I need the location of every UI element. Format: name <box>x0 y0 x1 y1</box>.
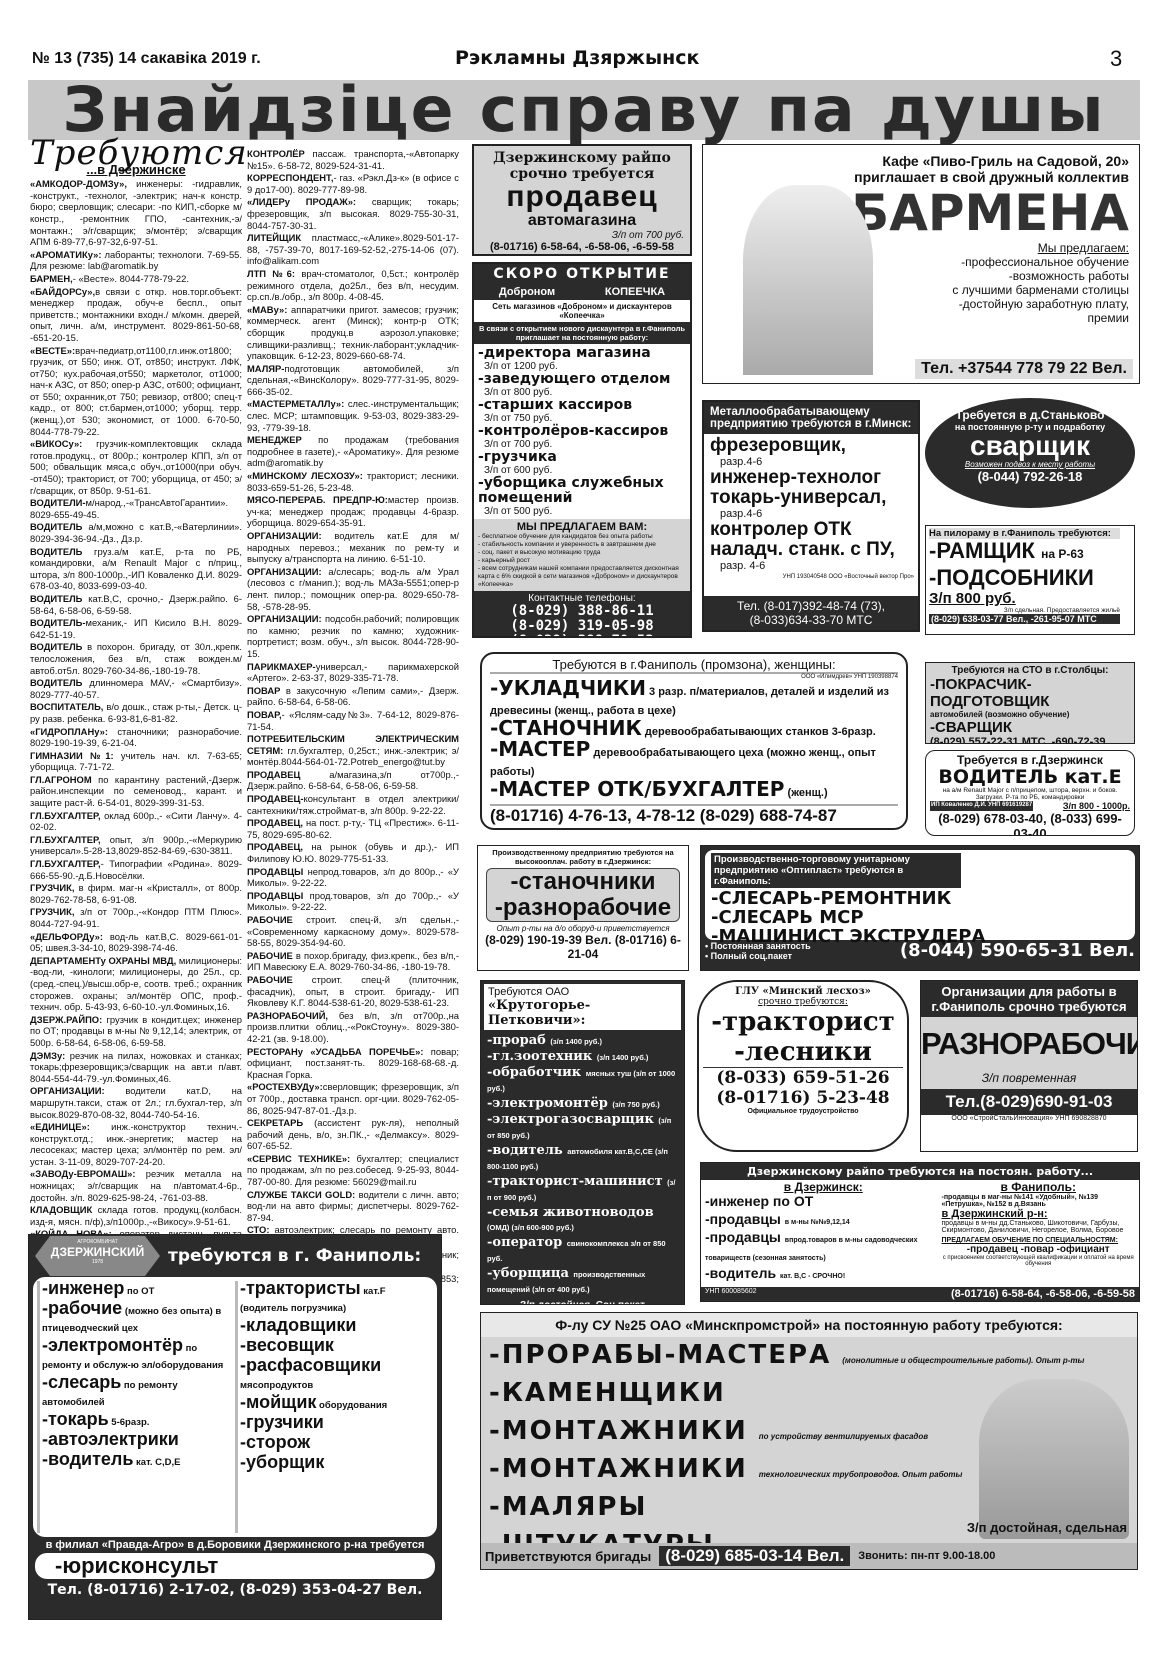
job-detail: деревообрабатывающих станков 3-6разр. <box>642 726 876 738</box>
entry-key: «ЛИДЕРу ПРОДАЖ»: <box>247 196 356 207</box>
phone: (8-029) 319-05-98 <box>476 619 688 634</box>
ad-salary: З/п достойная, сдельная <box>967 1520 1127 1535</box>
ad-filial: в филиал «Правда-Агро» в д.Боровики Дзер… <box>29 1537 441 1553</box>
classified-entry: «АРОМАТИКу»: лаборанты; технологи. 7-69-… <box>30 249 242 272</box>
classified-entry: ОРГАНИЗАЦИИ: а/слесарь; вод-ль а/м Урал … <box>247 566 459 612</box>
ad-gidroplan: Производственному предприятию требуются … <box>477 845 689 971</box>
ad-title: сварщик <box>925 432 1135 460</box>
ad-jobs: -СЛЕСАРЬ-РЕМОНТНИК-СЛЕСАРЬ МСР-МАШИНИСТ … <box>711 889 1129 946</box>
ad-raipo-permanent: Дзержинскому райпо требуются на постоян.… <box>700 1162 1140 1302</box>
job-title: токарь-универсал, <box>710 488 912 508</box>
job-title: -тракторист <box>703 1007 903 1037</box>
job-row: -трактористы кат.F (водитель погрузчика) <box>240 1281 433 1316</box>
job-title: -продавцы <box>705 1211 785 1227</box>
classified-entry: «ВИКОСу»: грузчик-комплектовщик склада г… <box>30 438 242 496</box>
job-title: -оператор <box>487 1235 567 1250</box>
classified-entry: ГЛ.БУХГАЛТЕР, оклад 600р.,- «Сити Ланчу»… <box>30 810 242 833</box>
job-detail: (з/п 1400 руб.) <box>597 1053 649 1062</box>
ad-jobs: -прораб (з/п 1400 руб.)-гл.зоотехник (з/… <box>484 1030 681 1300</box>
entry-key: ОРГАНИЗАЦИИ: <box>30 1085 105 1096</box>
ad-salary: З/п 800 - 1000р. <box>1063 801 1130 811</box>
classifieds-col-2: КОНТРОЛЁР пассаж. транспорта,-«Автопарку… <box>247 148 459 1314</box>
job-row: -сторож <box>240 1435 433 1453</box>
entry-key: ОРГАНИЗАЦИИ: <box>247 613 322 624</box>
worker-illustration <box>979 1379 1129 1539</box>
classified-entry: «АМКОДОР-ДОМЗу», инженеры: -гидравлик, -… <box>30 178 242 248</box>
job-title: -заведующего отделом <box>478 372 686 387</box>
classified-entry: «ГИДРОПЛАНу»: станочники; разнорабочие. … <box>30 726 242 749</box>
job-title: -расфасовщики <box>240 1355 381 1375</box>
classified-entry: ПРОДАВЕЦ, на пост. р-ту,- ТЦ «Престиж». … <box>247 817 459 840</box>
entry-key: КЛАДОВЩИК <box>30 1204 92 1215</box>
classified-entry: ПРОДАВЦЫ непрод.товаров, з/п до 800р.,- … <box>247 866 459 889</box>
entry-key: ЛИТЕЙЩИК <box>247 232 301 243</box>
ad-head: Производственному предприятию требуются … <box>480 848 686 866</box>
offer-item: - бесплатное обучение для кандидатов без… <box>478 533 686 541</box>
ad-sawmill: На пилораму в г.Фаниполь требуются: -РАМ… <box>925 525 1135 635</box>
entry-key: ВОДИТЕЛИ- <box>30 497 86 508</box>
job-title: -тракторист-машинист <box>487 1174 667 1189</box>
entry-key: МЯСО-ПЕРЕРАБ. ПРЕДПР-Ю: <box>247 494 388 505</box>
page-number: 3 <box>1110 46 1122 72</box>
classified-entry: ГЛ.БУХГАЛТЕР, опыт, з/п 900р.,-«Меркурию… <box>30 834 242 857</box>
ad-phone: (8-01716) 5-23-48 <box>703 1088 903 1108</box>
job-title: -автоэлектрики <box>42 1429 179 1449</box>
job-title: -МОНТАЖНИКИ <box>489 1416 759 1446</box>
training-note: с присвоением соответствующей квалификац… <box>942 1255 1136 1267</box>
classified-entry: «ЕДИНИЦЕ»: инж.-конструктор технич.-конс… <box>30 1121 242 1167</box>
job-title: -РАМЩИК <box>929 538 1035 563</box>
classifieds-list: «АМКОДОР-ДОМЗу», инженеры: -гидравлик, -… <box>30 178 242 1298</box>
classifieds-list: КОНТРОЛЁР пассаж. транспорта,-«Автопарку… <box>247 148 459 1296</box>
job-title: -контролёров-кассиров <box>478 424 686 439</box>
entry-key: ПРОДАВЕЦ- <box>247 793 303 804</box>
job-list: -трактористы кат.F (водитель погрузчика)… <box>235 1281 433 1533</box>
brand-dobronom: Доброном <box>499 286 555 298</box>
job-row: -УКЛАДЧИКИ 3 разр. п/материалов, деталей… <box>490 680 898 720</box>
classified-entry: БАРМЕН,- «Весте». 8044-778-79-22. <box>30 273 242 285</box>
entry-key: ПРОДАВЕЦ, <box>247 817 303 828</box>
job-detail: автомобилей (возможно обучение) <box>930 710 1130 719</box>
entry-key: ВОДИТЕЛЬ <box>30 641 82 652</box>
classified-entry: СЕКРЕТАРЬ (ассистент рук-ля), неполный р… <box>247 1117 459 1152</box>
classified-entry: РАБОЧИЕ строит. спец-й (плиточник, фасад… <box>247 974 459 1009</box>
job-title: -старших кассиров <box>478 398 686 413</box>
job-detail: в м-ны №№9,12,14 <box>785 1219 850 1226</box>
ad-raipo-seller: Дзержинскому райпо срочно требуется прод… <box>472 144 692 256</box>
entry-text: - «Весте». 8044-778-79-22. <box>73 273 189 284</box>
job-row: -обработчик мясных туш (з/п от 1000 руб.… <box>487 1065 678 1095</box>
job-list: -инженер по ОТ -продавцы в м-ны №№9,12,1… <box>705 1194 942 1302</box>
entry-key: КОНТРОЛЁР <box>247 148 305 159</box>
entry-key: РАБОЧИЕ <box>247 974 293 985</box>
classified-entry: «ЗАВОДу-ЕВРОМАШ»: резчик металла на ножн… <box>30 1168 242 1203</box>
job-desc: продавцы в м-ны дд.Станьково, Шикотовичи… <box>942 1220 1136 1234</box>
training-list: -продавец -повар -официант <box>942 1244 1136 1255</box>
ad-phone: (8-01716) 4-76-13, 4-78-12 (8-029) 688-7… <box>490 804 898 826</box>
entry-key: ДЭМЗу: <box>30 1050 65 1061</box>
job-title: -уборщик <box>240 1452 324 1472</box>
job-row: -гл.зоотехник (з/п 1400 руб.) <box>487 1049 678 1064</box>
ad-line: приглашает в свой дружный коллектив <box>703 169 1139 185</box>
col-head: в Дзержинский р-н: <box>942 1208 1136 1220</box>
entry-key: ВОДИТЕЛЬ <box>30 546 82 557</box>
offer-head: МЫ ПРЕДЛАГАЕМ ВАМ: <box>478 521 686 533</box>
classified-entry: СЛУЖБЕ ТАКСИ GOLD: водители с личн. авто… <box>247 1189 459 1224</box>
job-detail: (женщ.) <box>784 787 827 799</box>
agro-logo: АГРОКОМБИНАТ ДЗЕРЖИНСКИЙ 1978 <box>35 1236 160 1276</box>
ad-note: Опыт р-ты на д/о оборуд-и приветствуется <box>480 924 686 933</box>
classified-entry: РАЗНОРАБОЧИЙ, без в/п, з/п от700р.,на пр… <box>247 1010 459 1045</box>
bartender-photo <box>743 185 873 375</box>
classified-entry: ЛТП №6: врач-стоматолог, 0,5ст.; контрол… <box>247 268 459 303</box>
offer-item: - стабильность компании и уверенность в … <box>478 541 686 549</box>
job-title: -грузчика <box>478 450 686 465</box>
job-row: -МАСТЕР ОТК/БУХГАЛТЕР (женщ.) <box>490 781 898 802</box>
ad-head: Ф-лу СУ №25 ОАО «Минскпромстрой» на пост… <box>481 1313 1137 1337</box>
entry-key: ДЕПАРТАМЕНТу ОХРАНЫ МВД, <box>30 955 176 966</box>
ad-head: Требуется в г.Дзержинск <box>930 753 1130 767</box>
job-title: -КАМЕНЩИКИ <box>489 1378 726 1408</box>
entry-key: ДЗЕРЖ.РАЙПО: <box>30 1014 102 1025</box>
classified-entry: ДЕПАРТАМЕНТу ОХРАНЫ МВД, милиционеры: -в… <box>30 955 242 1013</box>
classified-entry: «ВЕСТЕ»:врач-педиатр,от1100,гл.инж.от180… <box>30 345 242 438</box>
job-title: -водитель <box>705 1265 780 1281</box>
offer-item: - всем сотрудникам нашей компании предос… <box>478 565 686 589</box>
ad-phone: (8-029) 678-03-40, (8-033) 699-03-40 <box>930 811 1130 836</box>
classified-entry: ГРУЗЧИК, в фирм. маг-н «Кристалл», от 80… <box>30 882 242 905</box>
phone: (8-029) 388-86-11 <box>476 604 688 619</box>
classified-entry: «МИНСКОМУ ЛЕСХОЗУ»: тракторист; лесники.… <box>247 470 459 493</box>
ad-phone: Тел. +37544 778 79 22 Вел. <box>915 359 1133 379</box>
ad-krutogorye: Требуются ОАО «Крутогорье-Петковичи»: -п… <box>480 980 685 1305</box>
entry-key: СЕКРЕТАРЬ <box>247 1117 303 1128</box>
ad-phone: Тел. (8-017)392-48-74 (73), <box>707 599 915 613</box>
ad-welder: Требуется в д.Станьково на постоянную р-… <box>925 398 1135 508</box>
entry-key: «ДЕЛЬФОРДу»: <box>30 931 103 942</box>
classified-entry: ВОДИТЕЛЬ в похорон. бригаду, от 30л.,кре… <box>30 641 242 676</box>
entry-key: ГРУЗЧИК, <box>30 882 74 893</box>
ad-title: продавец <box>474 182 690 212</box>
offer-item: - соц. пакет и высокую мотивацию труда <box>478 549 686 557</box>
job-title: -директора магазина <box>478 346 686 361</box>
classified-entry: ПРОДАВЦЫ прод.товаров, з/п до 700р.,- «У… <box>247 890 459 913</box>
ad-leskhoz: ГЛУ «Минский лесхоз» срочно требуются: -… <box>697 980 909 1152</box>
job-title: -токарь <box>42 1409 109 1429</box>
entry-key: «АРОМАТИКу»: <box>30 249 102 260</box>
ad-sub: срочно требуются: <box>703 997 903 1007</box>
classified-entry: ВОДИТЕЛЬ длинномера MAV,- «Смартбизу». 8… <box>30 677 242 700</box>
entry-key: СЛУЖБЕ ТАКСИ GOLD: <box>247 1189 355 1200</box>
job-detail: оборудования <box>316 1400 387 1411</box>
classified-entry: ПАРИКМАХЕР-универсал,- парикмахерской «А… <box>247 661 459 684</box>
classified-entry: РАБОЧИЕ строит. спец-й, з/п сдельн.,- «С… <box>247 914 459 949</box>
ad-note: З/п сдельная. Предоставляется жильё <box>929 607 1120 614</box>
ad-salary: З/п 800 руб. <box>929 590 1120 607</box>
ad-phones: Тел. (8-017)392-48-74 (73),(8-033)634-33… <box>704 596 918 630</box>
ad-phone: (8-033) 659-51-26 <box>703 1068 903 1088</box>
ad-brands: ДоброномКОПЕЕЧКА <box>474 284 690 300</box>
job-detail: (монолитные и общестроительные работы). … <box>842 1356 1084 1365</box>
ad-line: Требуется в д.Станьково <box>925 408 1135 422</box>
ad-contacts: Контактные телефоны: (8-029) 388-86-11(8… <box>474 591 690 638</box>
ad-note: Возможен подвоз к месту работы <box>925 460 1135 469</box>
entry-key: ПРОДАВЕЦ <box>247 769 300 780</box>
classifieds-col-1: Требуются ...в Дзержинске «АМКОДОР-ДОМЗу… <box>30 148 242 1299</box>
ad-optiplast: Производственно-торговому унитарному пре… <box>700 845 1140 971</box>
ad-org: ИП Коваленко Д.И. УНП 691619287 <box>930 801 1033 811</box>
job-title: -гл.зоотехник <box>487 1049 597 1064</box>
job-title: -МАЛЯРЫ <box>489 1492 647 1522</box>
ad-head: Металлообрабатывающему предприятию требу… <box>704 402 918 434</box>
ad-head: СКОРО ОТКРЫТИЕ <box>474 264 690 284</box>
job-title: -лесники <box>703 1037 903 1068</box>
job-title: -МАСТЕР <box>490 737 590 761</box>
entry-key: «РОСТЕХВУДу»: <box>247 1081 323 1092</box>
job-row: -электромонтёр по ремонту и обслуж-ю эл/… <box>42 1338 235 1373</box>
classified-entry: ВОДИТЕЛЬ-механик,- ИП Кисило В.Н. 8029-6… <box>30 617 242 640</box>
ad-head: Требуются в г.Фаниполь (промзона), женщи… <box>490 657 898 674</box>
job-row: -МАСТЕР деревообрабатывающего цеха (можн… <box>490 741 898 781</box>
job-title: -электромонтёр <box>42 1335 183 1355</box>
job-row: -слесарь по ремонту автомобилей <box>42 1375 235 1410</box>
entry-key: ВОСПИТАТЕЛЬ, <box>30 701 103 712</box>
job-detail: 5-6разр. <box>109 1417 150 1428</box>
job-title: -ПОКРАСЧИК-ПОДГОТОВЩИК <box>930 676 1130 710</box>
job-title: -инженер по ОТ <box>705 1193 813 1209</box>
job-detail: по устройству вентилируемых фасадов <box>759 1432 928 1441</box>
ad-head: требуются в г. Фаниполь: <box>168 1246 421 1266</box>
classified-entry: «ЛИДЕРу ПРОДАЖ»: сварщик; токарь; фрезер… <box>247 196 459 231</box>
ad-intro: В связи с открытием нового дискаунтера в… <box>474 322 690 344</box>
classified-entry: МАЛЯР-подготовщик автомобилей, з/п сдель… <box>247 363 459 398</box>
entry-key: БАРМЕН, <box>30 273 73 284</box>
ad-phone: (8-044) 590-65-31 Вел. <box>900 940 1135 961</box>
job-row: -весовщик <box>240 1338 433 1356</box>
job-row: -электрогазосварщик (з/п от 850 руб.) <box>487 1112 678 1142</box>
job-detail: по ОТ <box>124 1286 154 1297</box>
ad-note: Официальное трудоустройство <box>703 1108 903 1115</box>
ad-minskpromstroy: Ф-лу СУ №25 ОАО «Минскпромстрой» на пост… <box>480 1312 1138 1570</box>
classified-entry: «СЕРВИС ТЕХНИКЕ»: бухгалтер; специалист … <box>247 1153 459 1188</box>
ad-jobs: -УКЛАДЧИКИ 3 разр. п/материалов, деталей… <box>490 680 898 802</box>
job-row: -токарь 5-6разр. <box>42 1412 235 1430</box>
job-title: наладч. станк. с ПУ, <box>710 540 912 560</box>
entry-key: ПРОДАВЦЫ <box>247 866 303 877</box>
job-title: -сторож <box>240 1432 310 1452</box>
job-row: -инженер по ОТ <box>705 1194 942 1212</box>
job-row: -расфасовщики мясопродуктов <box>240 1358 433 1393</box>
job-row: -уборщица производственных помещений (з/… <box>487 1266 678 1296</box>
entry-key: «СЕРВИС ТЕХНИКЕ»: <box>247 1153 350 1164</box>
ad-head: Требуются на СТО в г.Столбцы: <box>930 665 1130 676</box>
classified-entry: ЛИТЕЙЩИК пластмасс,-«Алике».8029-501-17-… <box>247 232 459 267</box>
ad-phone: (8-029) 557-22-31 МТС, -690-72-39 Вел. <box>930 736 1130 744</box>
job-row: -водитель кат. В,С - СРОЧНО! <box>705 1266 942 1284</box>
classified-entry: ГЛ.АГРОНОМ по карантину растений,-Дзерж.… <box>30 774 242 809</box>
job-title: -СВАРЩИК <box>930 719 1130 736</box>
job-row: -водитель автомобиля кат.В,С,СЕ (з/п 800… <box>487 1143 678 1173</box>
job-title: -уборщика служебных помещений <box>478 476 686 506</box>
phone: (8-029) 388-70-53 <box>476 634 688 638</box>
logo-name: ДЗЕРЖИНСКИЙ <box>35 1245 160 1259</box>
job-detail: (ОМД) (з/п 600-900 руб.) <box>487 1223 574 1232</box>
entry-key: «ГИДРОПЛАНу»: <box>30 726 108 737</box>
job-detail: разр. 4-6 <box>710 560 912 572</box>
ad-raznorabochie: Организации для работы в г.Фаниполь сроч… <box>920 980 1138 1152</box>
entry-key: РАБОЧИЕ <box>247 950 293 961</box>
ad-hours: Звонить: пн-пт 9.00-18.00 <box>858 1550 995 1562</box>
raipo-right: в Фаниполь: -продавцы в маг-ны №141 «Удо… <box>942 1180 1136 1302</box>
classified-entry: ГЛ.БУХГАЛТЕР,- Типографии «Родина». 8029… <box>30 858 242 881</box>
brand-kopeechka: КОПЕЕЧКА <box>605 286 665 298</box>
ad-title: ВОДИТЕЛЬ кат.Е <box>930 767 1130 787</box>
ad-subtitle: автомагазина <box>474 212 690 230</box>
ad-fanipol-women: Требуются в г.Фаниполь (промзона), женщи… <box>480 652 908 830</box>
job-detail: (з/п 1400 руб.) <box>550 1037 602 1046</box>
classified-entry: ОРГАНИЗАЦИИ: водитель кат.Е для м/народн… <box>247 530 459 565</box>
job-row: -тракторист-машинист (з/п от 900 руб.) <box>487 1174 678 1204</box>
job-title: -кладовщики <box>240 1315 356 1335</box>
job-title: -грузчик <box>705 1301 766 1302</box>
ad-salary: З/п повременная <box>921 1071 1137 1089</box>
col-head: в Фаниполь: <box>942 1180 1136 1194</box>
ad-head: Требуются ОАО <box>488 986 677 998</box>
job-title: инженер-технолог <box>710 468 912 488</box>
job-title: -обработчик <box>487 1065 586 1080</box>
entry-key: «ВИКОСу»: <box>30 438 82 449</box>
phone-list: (8-029) 388-86-11(8-029) 319-05-98(8-029… <box>476 604 688 638</box>
job-row: -автоэлектрики <box>42 1432 235 1450</box>
classified-entry: ВОДИТЕЛЬ а/м,можно с кат.В,-«Ватерлинии»… <box>30 521 242 544</box>
classified-entry: МЕНЕДЖЕР по продажам (требования подробн… <box>247 434 459 469</box>
ad-unp: УНП 600085602 <box>705 1288 757 1300</box>
job-title: -УКЛАДЧИКИ <box>490 676 646 700</box>
job-row: -мойщик оборудования <box>240 1395 433 1413</box>
classified-entry: ОРГАНИЗАЦИИ: подсобн.рабочий; полировщик… <box>247 613 459 659</box>
ad-phone: Тел.(8-029)690-91-03 <box>921 1089 1137 1115</box>
ad-jobs: фрезеровщик,разр.4-6инженер-технологтока… <box>704 434 918 574</box>
job-salary: З/п от 500 руб. <box>478 506 686 517</box>
entry-key: «МИНСКОМУ ЛЕСХОЗУ»: <box>247 470 363 481</box>
entry-key: РАЗНОРАБОЧИЙ, <box>247 1010 328 1021</box>
ad-driver-e: Требуется в г.Дзержинск ВОДИТЕЛЬ кат.Е н… <box>925 750 1135 836</box>
classified-entry: ПРОДАВЕЦ а/магазина,з/п от700р.,-Дзерж.р… <box>247 769 459 792</box>
job-row: -рабочие (можно без опыта) в птицеводчес… <box>42 1301 235 1336</box>
classified-entry: «ДЕЛЬФОРДу»: вод-ль кат.В,С. 8029-661-01… <box>30 931 242 954</box>
ad-intro: Сеть магазинов «Доброном» и дискаунтеров… <box>474 300 690 322</box>
entry-key: «ЕДИНИЦЕ»: <box>30 1121 90 1132</box>
job-title: -ПРОРАБЫ-МАСТЕРА <box>489 1340 842 1370</box>
job-title: -весовщик <box>240 1335 334 1355</box>
entry-key: «МАВу»: <box>247 304 287 315</box>
ad-desc: на а/м Renault Major с п/прицепом, штора… <box>930 787 1130 801</box>
job-row: -электромонтёр (з/п 750 руб.) <box>487 1096 678 1111</box>
job-desc: -продавцы в маг-ны №141 «Удобный», №139 … <box>942 1194 1136 1208</box>
bullet: • Постоянная занятость <box>705 941 811 951</box>
entry-key: ГЛ.АГРОНОМ <box>30 774 92 785</box>
ad-head: Организации для работы в г.Фаниполь сроч… <box>921 981 1137 1017</box>
ad-jobs: -директора магазинаЗ/п от 1200 руб.-заве… <box>474 344 690 519</box>
classified-entry: ОРГАНИЗАЦИИ: водители кат.D, на маршрутн… <box>30 1085 242 1120</box>
entry-key: РЕСТОРАНу «УСАДЬБА ПОРЕЧЬЕ»: <box>247 1046 423 1057</box>
entry-key: ВОДИТЕЛЬ <box>30 593 82 604</box>
job-title: -СЛЕСАРЬ-РЕМОНТНИК <box>711 889 1129 908</box>
ad-phone: (8-033)634-33-70 МТС <box>707 613 915 627</box>
ad-phone: Тел. (8-01716) 2-17-02, (8-029) 353-04-2… <box>29 1579 441 1601</box>
classified-entry: КОНТРОЛЁР пассаж. транспорта,-«Автопарку… <box>247 148 459 171</box>
job-row: -грузчики <box>240 1415 433 1433</box>
classified-entry: «РОСТЕХВУДу»:сверловщик; фрезеровщик, з/… <box>247 1081 459 1116</box>
classified-entry: ПОТРЕБИТЕЛЬСКИМ ЭЛЕКТРИЧЕСКИМ СЕТЯМ: гл.… <box>247 733 459 768</box>
job-row: -продавцы впрод.товаров в м-ны садоводче… <box>705 1230 942 1266</box>
ad-unp: УНП 193040548 ООО «Восточный вектор Про» <box>704 574 918 580</box>
bullet: • Полный соц.пакет <box>705 951 811 961</box>
ad-agro: АГРОКОМБИНАТ ДЗЕРЖИНСКИЙ 1978 требуются … <box>28 1234 442 1620</box>
job-title: -СЛЕСАРЬ МСР <box>711 908 1129 927</box>
ad-bartender: Кафе «Пиво-Гриль на Садовой, 20» приглаш… <box>702 144 1140 384</box>
job-title: -станочники <box>487 869 679 895</box>
job-row: -уборщик <box>240 1455 433 1473</box>
job-title: контролер ОТК <box>710 520 912 540</box>
entry-key: «ЗАВОДу-ЕВРОМАШ»: <box>30 1168 135 1179</box>
classified-entry: ВОСПИТАТЕЛЬ, в/о дошк., стаж р-ты,- Детс… <box>30 701 242 724</box>
ad-org: ООО «СтройСтальИнновация» УНП 690828870 <box>921 1115 1137 1122</box>
logo-year: 1978 <box>35 1259 160 1265</box>
col-head: в Дзержинск: <box>705 1180 942 1194</box>
job-title: -водитель <box>487 1143 567 1158</box>
classified-entry: РАБОЧИЕ в похор.бригаду, физ.крепк., без… <box>247 950 459 973</box>
ad-phone: (8-01716) 6-58-64, -6-58-06, -6-59-58 <box>474 241 690 253</box>
classified-entry: ПРОДАВЕЦ, на рынок (обувь и др.),- ИП Фи… <box>247 841 459 864</box>
raipo-left: в Дзержинск: -инженер по ОТ -продавцы в … <box>705 1180 942 1302</box>
entry-key: ОРГАНИЗАЦИИ: <box>247 566 322 577</box>
paper-name: Рэкламны Дзяржынск <box>455 47 699 69</box>
entry-key: ЛТП №6: <box>247 268 295 279</box>
ad-metal: Металлообрабатывающему предприятию требу… <box>702 400 920 632</box>
entry-key: КОРРЕСПОНДЕНТ, <box>247 172 333 183</box>
classified-entry: ГРУЗЧИК, з/п от 700р.,-«Кондор ПТМ Плюс»… <box>30 906 242 929</box>
entry-key: ПРОДАВЦЫ <box>247 890 303 901</box>
entry-key: ОРГАНИЗАЦИИ: <box>247 530 322 541</box>
entry-key: ВОДИТЕЛЬ <box>30 521 82 532</box>
ad-bullets: • Постоянная занятость• Полный соц.пакет <box>705 941 811 961</box>
entry-key: ПРОДАВЕЦ, <box>247 841 303 852</box>
classified-entry: КЛАДОВЩИК склада готов. продукц.(колбасн… <box>30 1204 242 1227</box>
entry-text: врач-педиатр,от1100,гл.инж.от1800; грузч… <box>30 345 242 437</box>
job-detail: кат. В,С - СРОЧНО! <box>780 1273 845 1280</box>
ad-stolbtsy: Требуются на СТО в г.Столбцы: -ПОКРАСЧИК… <box>925 662 1135 744</box>
offer-item: - карьерный рост <box>478 557 686 565</box>
job-title: -семья животноводов <box>487 1205 654 1220</box>
job-row: -семья животноводов (ОМД) (з/п 600-900 р… <box>487 1205 678 1234</box>
job-row: -ПРОРАБЫ-МАСТЕРА (монолитные и общестрои… <box>489 1339 1129 1377</box>
entry-key: ГИМНАЗИИ №1: <box>30 750 114 761</box>
ad-phone: (8-029) 685-03-14 Вел. <box>659 1546 850 1566</box>
ad-phone: (8-029) 638-03-77 Вел., -261-95-07 МТС <box>929 614 1120 624</box>
ad-brigades: Приветствуются бригады <box>485 1549 651 1564</box>
classified-entry: «МАСТЕРМЕТАЛЛу»: слес.-инструментальщик;… <box>247 398 459 433</box>
entry-key: «МАСТЕРМЕТАЛЛу»: <box>247 398 344 409</box>
entry-key: «БАЙДОРСу», <box>30 286 95 297</box>
classified-entry: ВОДИТЕЛИ-м/народ.,-«ТрансАвтоГарантии». … <box>30 497 242 520</box>
job-title: -МОНТАЖНИКИ <box>489 1454 759 1484</box>
job-title: -электрогазосварщик <box>487 1112 658 1127</box>
job-title: -прораб <box>487 1033 550 1048</box>
entry-key: «ВЕСТЕ»: <box>30 345 75 356</box>
job-row: -кладовщики <box>240 1318 433 1336</box>
job-title: -водитель <box>42 1449 133 1469</box>
